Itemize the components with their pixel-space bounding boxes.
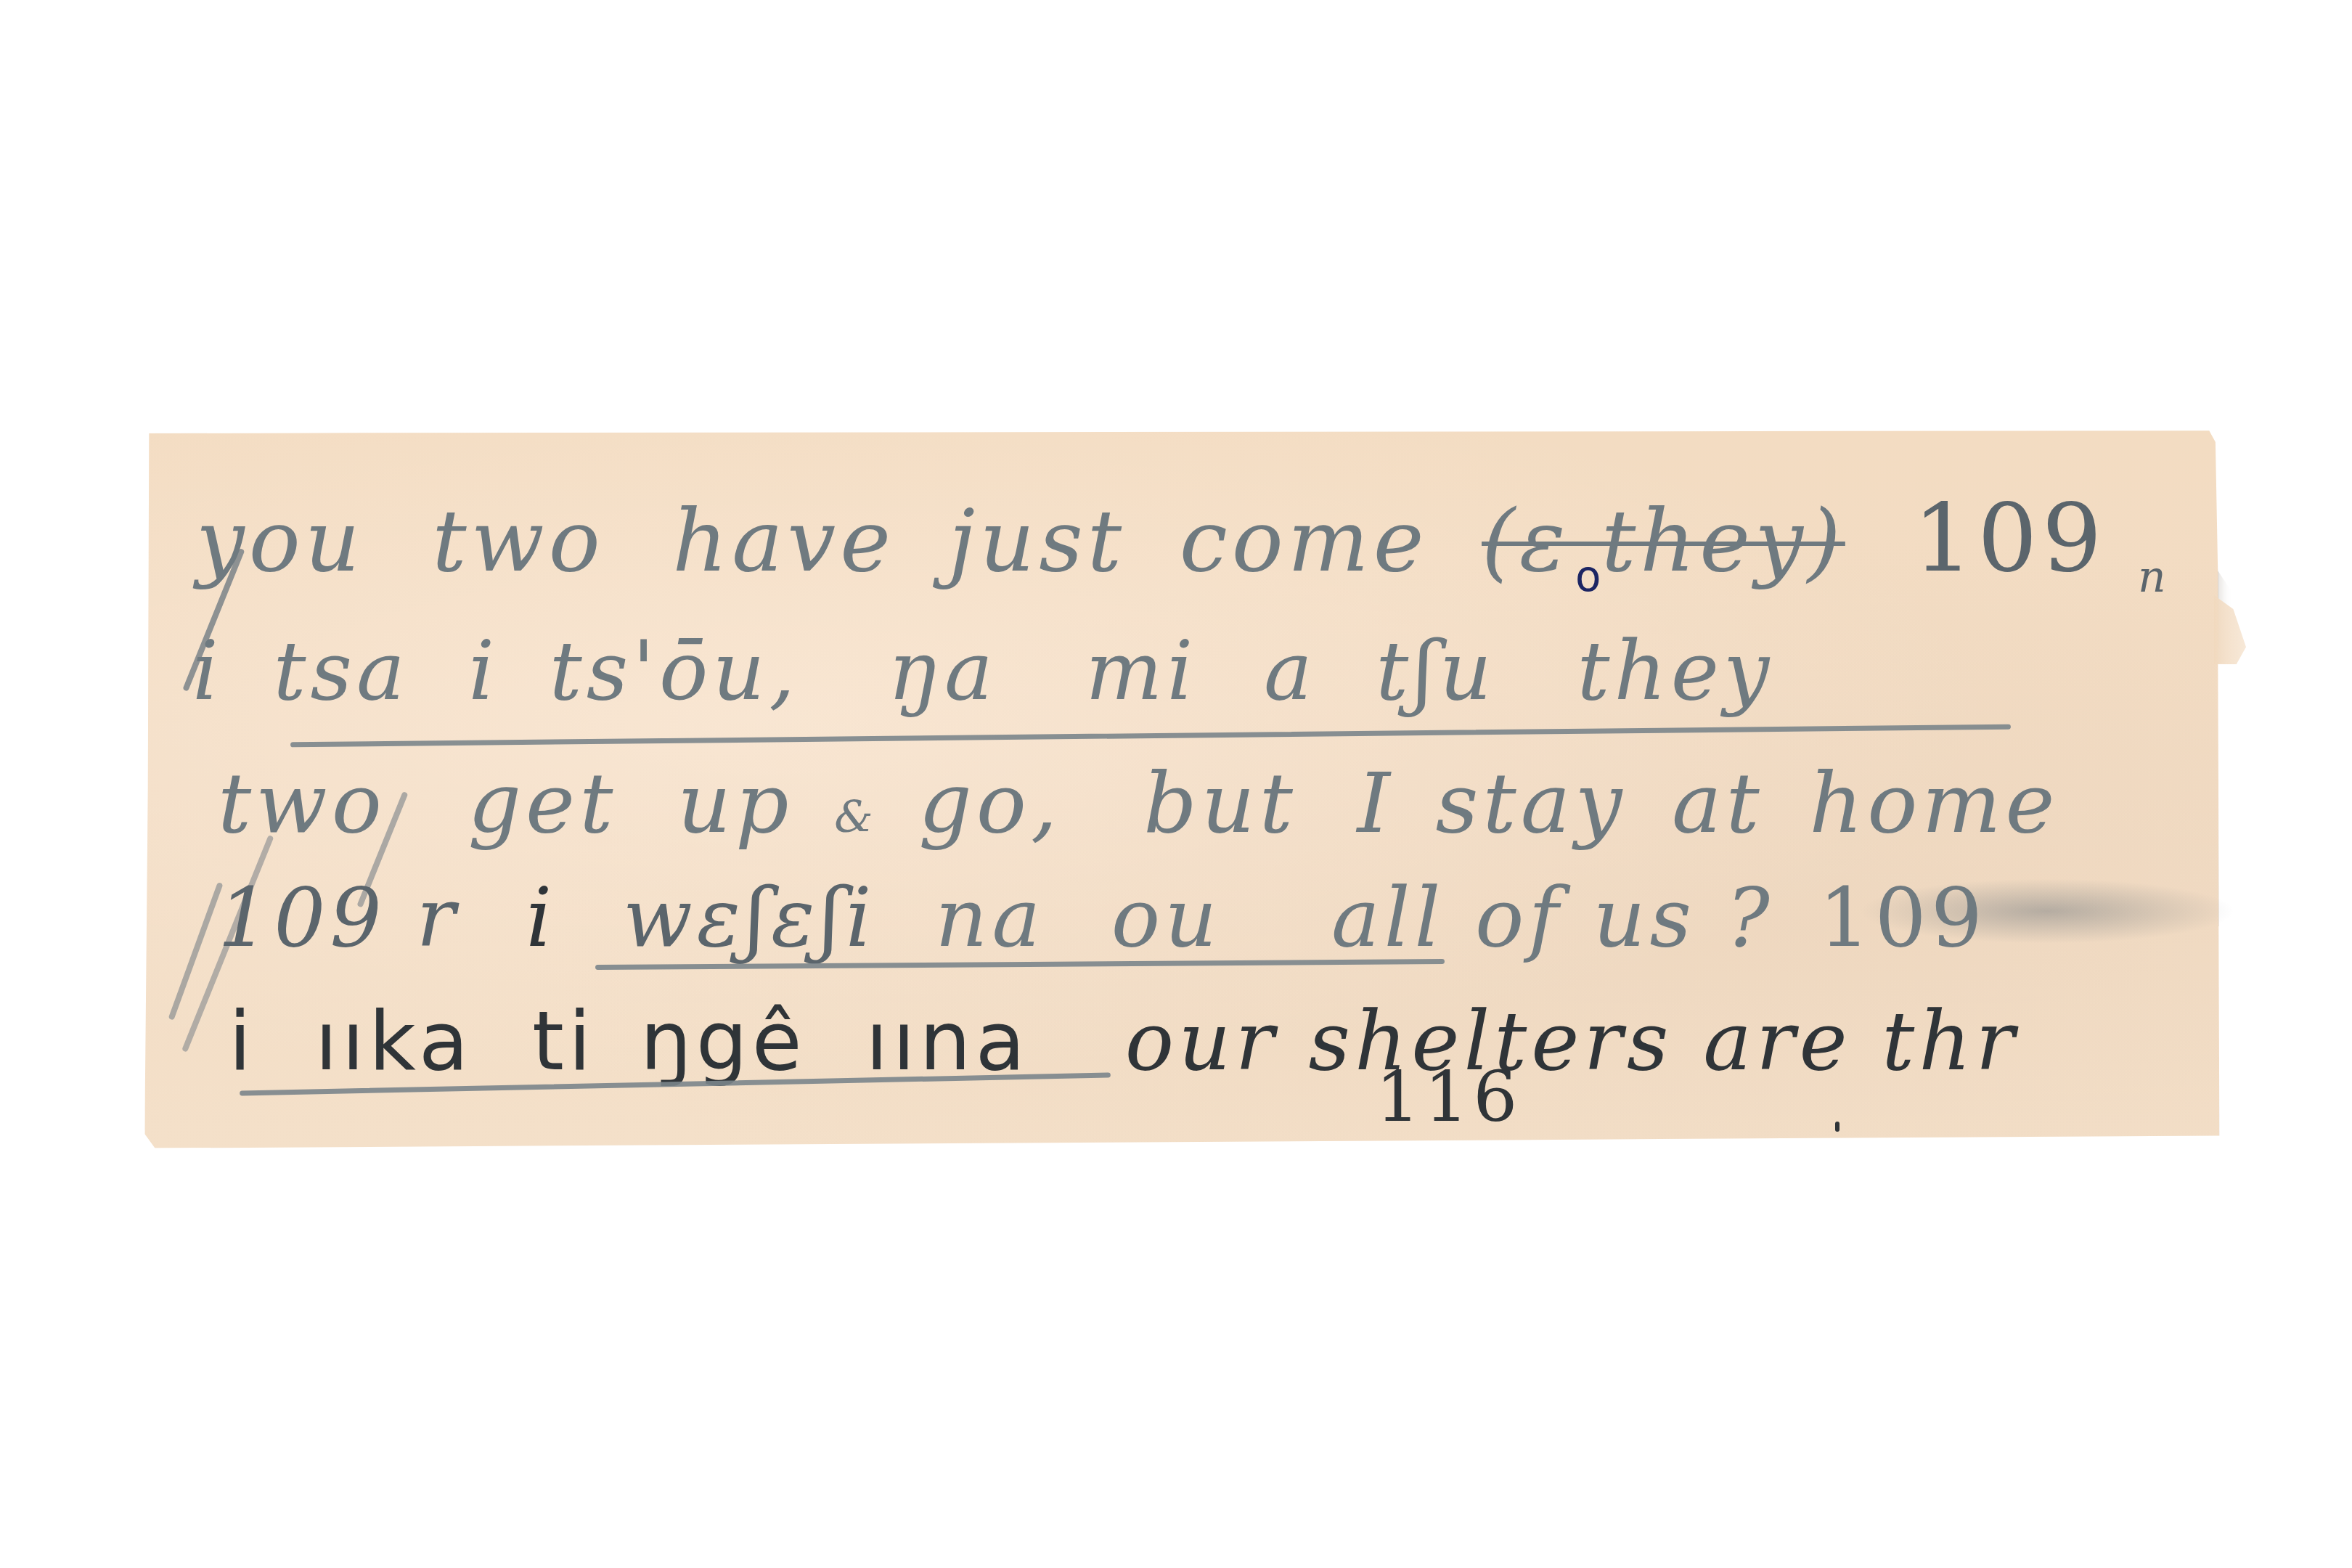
word: ts'ōu, bbox=[550, 624, 799, 719]
word: wɛʃɛʃi bbox=[623, 871, 876, 965]
word: ti bbox=[532, 995, 595, 1089]
word: home bbox=[1809, 755, 2059, 852]
word: ııka bbox=[315, 995, 473, 1089]
word: i bbox=[229, 995, 256, 1089]
word: two bbox=[218, 755, 386, 852]
word: I bbox=[1357, 755, 1395, 852]
page-reference: 109 bbox=[1913, 483, 2106, 593]
word: come bbox=[1180, 491, 1429, 591]
word: our shelters are thr bbox=[1125, 995, 2019, 1089]
margin-note: n bbox=[2138, 552, 2171, 603]
word: up bbox=[677, 755, 793, 852]
word: ou bbox=[1111, 871, 1222, 965]
line-1: you two have just come (ɛ they) 109 bbox=[196, 483, 2143, 593]
word: tsa bbox=[273, 624, 409, 719]
word: i bbox=[526, 871, 557, 965]
word: ŋgê bbox=[640, 995, 807, 1089]
line-2: i tsa i ts'ōu, ŋa mi a tʃu they bbox=[192, 624, 1810, 719]
line-3: two get up & go, but I stay at home bbox=[218, 755, 2096, 852]
word: you bbox=[196, 491, 364, 591]
line-4: 109 r i wɛʃɛʃi na ou all of us ? 109 bbox=[218, 871, 2023, 965]
word: ŋa bbox=[888, 624, 997, 719]
word: stay bbox=[1436, 755, 1627, 852]
torn-edge bbox=[2214, 595, 2246, 664]
word: at bbox=[1672, 755, 1764, 852]
word: two bbox=[432, 491, 604, 591]
word: go, bbox=[918, 755, 1061, 852]
word: & bbox=[834, 792, 877, 843]
blue-ink-mark: o bbox=[1575, 552, 1601, 601]
word: just bbox=[949, 491, 1127, 591]
ink-dot bbox=[1835, 1122, 1839, 1132]
crossed-reference: 109 r bbox=[218, 871, 460, 965]
word: a bbox=[1264, 624, 1317, 719]
word: they bbox=[1577, 624, 1774, 719]
word: i bbox=[192, 624, 223, 719]
word: have bbox=[672, 491, 895, 591]
footer-number: 116 bbox=[1376, 1056, 1522, 1138]
word: get bbox=[467, 755, 617, 852]
struck-text: (ɛ they) bbox=[1482, 491, 1845, 591]
page-reference: 109 bbox=[1818, 871, 1987, 965]
word: all of us ? bbox=[1331, 871, 1774, 965]
line-5: i ııka ti ŋgê ıına our shelters are thr bbox=[229, 995, 2055, 1089]
word: i bbox=[468, 624, 499, 719]
word: na bbox=[935, 871, 1045, 965]
word: tʃu bbox=[1376, 624, 1496, 719]
word: but bbox=[1143, 755, 1297, 852]
word: mi bbox=[1085, 624, 1197, 719]
